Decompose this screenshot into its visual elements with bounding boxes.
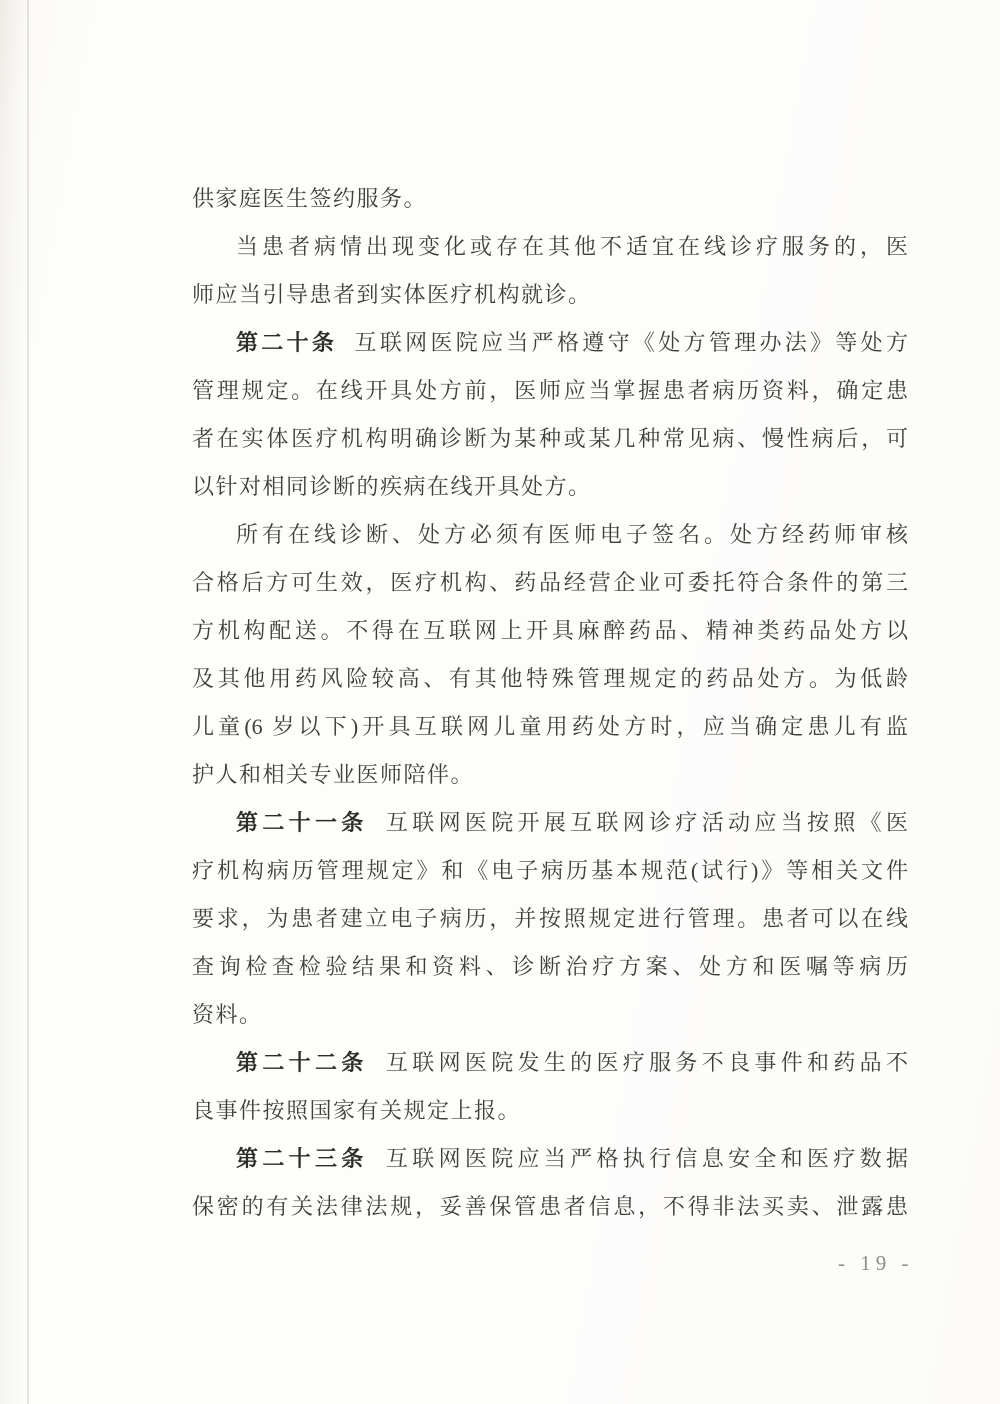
doc-line: 及其他用药风险较高、有其他特殊管理规定的药品处方。为低龄: [192, 655, 908, 703]
doc-line: 疗机构病历管理规定》和《电子病历基本规范(试行)》等相关文件: [192, 847, 908, 895]
doc-line: 供家庭医生签约服务。: [192, 175, 908, 223]
page-number: - 19 -: [838, 1251, 914, 1276]
scan-edge-shading: [0, 0, 27, 1404]
doc-line: 者在实体医疗机构明确诊断为某种或某几种常见病、慢性病后，可: [192, 415, 908, 463]
line-text: 互联网医院发生的医疗服务不良事件和药品不: [382, 1050, 908, 1075]
line-text: 互联网医院应当严格执行信息安全和医疗数据: [382, 1146, 908, 1171]
doc-line: 所有在线诊断、处方必须有医师电子签名。处方经药师审核: [192, 511, 908, 559]
article-21-number: 第二十一条: [236, 810, 368, 835]
doc-line: 以针对相同诊断的疾病在线开具处方。: [192, 463, 908, 511]
line-text: 互联网医院应当严格遵守《处方管理办法》等处方: [351, 330, 908, 355]
article-23-heading-line: 第二十三条互联网医院应当严格执行信息安全和医疗数据: [192, 1135, 908, 1183]
doc-line: 合格后方可生效，医疗机构、药品经营企业可委托符合条件的第三: [192, 559, 908, 607]
article-22-heading-line: 第二十二条互联网医院发生的医疗服务不良事件和药品不: [192, 1039, 908, 1087]
doc-line: 资料。: [192, 991, 908, 1039]
doc-line: 方机构配送。不得在互联网上开具麻醉药品、精神类药品处方以: [192, 607, 908, 655]
scan-edge-line: [27, 0, 29, 1404]
doc-line: 查询检查检验结果和资料、诊断治疗方案、处方和医嘱等病历: [192, 943, 908, 991]
article-21-heading-line: 第二十一条互联网医院开展互联网诊疗活动应当按照《医: [192, 799, 908, 847]
doc-line: 良事件按照国家有关规定上报。: [192, 1087, 908, 1135]
doc-line: 管理规定。在线开具处方前，医师应当掌握患者病历资料，确定患: [192, 367, 908, 415]
document-body: 供家庭医生签约服务。 当患者病情出现变化或存在其他不适宜在线诊疗服务的，医 师应…: [192, 175, 908, 1231]
article-20-heading-line: 第二十条互联网医院应当严格遵守《处方管理办法》等处方: [192, 319, 908, 367]
doc-line: 保密的有关法律法规，妥善保管患者信息，不得非法买卖、泄露患: [192, 1183, 908, 1231]
doc-line: 当患者病情出现变化或存在其他不适宜在线诊疗服务的，医: [192, 223, 908, 271]
article-22-number: 第二十二条: [236, 1050, 368, 1075]
doc-line: 师应当引导患者到实体医疗机构就诊。: [192, 271, 908, 319]
article-20-number: 第二十条: [236, 330, 337, 355]
line-text: 互联网医院开展互联网诊疗活动应当按照《医: [382, 810, 908, 835]
scanned-document-page: 供家庭医生签约服务。 当患者病情出现变化或存在其他不适宜在线诊疗服务的，医 师应…: [0, 0, 1000, 1404]
article-23-number: 第二十三条: [236, 1146, 368, 1171]
doc-line: 护人和相关专业医师陪伴。: [192, 751, 908, 799]
doc-line: 儿童(6 岁以下)开具互联网儿童用药处方时，应当确定患儿有监: [192, 703, 908, 751]
doc-line: 要求，为患者建立电子病历，并按照规定进行管理。患者可以在线: [192, 895, 908, 943]
